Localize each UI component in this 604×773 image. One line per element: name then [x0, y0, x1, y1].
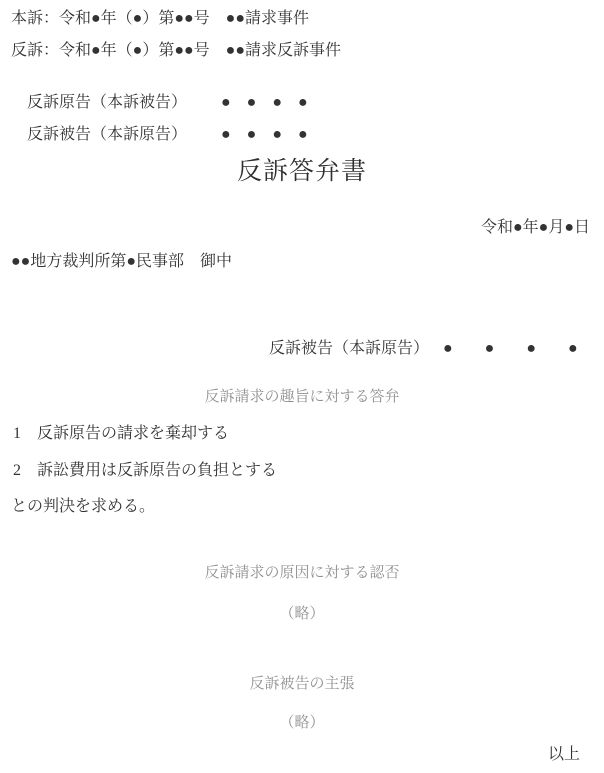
main-case-number-line: 本訴：令和●年（●）第●●号 ●●請求事件	[11, 9, 309, 28]
defendant-assertion-section-heading: 反訴被告の主張	[0, 675, 604, 693]
counterclaim-defendant-label: 反訴被告（本訴原告）	[27, 126, 187, 143]
end-mark: 以上	[548, 745, 580, 764]
counterclaim-defendant-line: 反訴被告（本訴原告）● ● ● ●	[11, 106, 308, 164]
counterclaim-case-number-line: 反訴：令和●年（●）第●●号 ●●請求反訴事件	[11, 41, 341, 60]
defendant-assertion-omitted-body: （略）	[0, 714, 604, 732]
legal-document-page: 本訴：令和●年（●）第●●号 ●●請求事件 反訴：令和●年（●）第●●号 ●●請…	[0, 0, 604, 773]
answer-item-2: 2 訴訟費用は反訴原告の負担とする	[13, 461, 277, 480]
answer-item-1: 1 反訴原告の請求を棄却する	[13, 424, 229, 443]
signature-label: 反訴被告（本訴原告）	[269, 340, 429, 357]
document-title: 反訴答弁書	[0, 157, 604, 187]
signature-line: 反訴被告（本訴原告）● ● ● ●	[253, 320, 578, 378]
counterclaim-defendant-name-placeholder: ● ● ● ●	[221, 125, 308, 144]
answer-section-heading: 反訴請求の趣旨に対する答弁	[0, 388, 604, 406]
court-address-line: ●●地方裁判所第●民事部 御中	[11, 252, 232, 271]
date-line: 令和●年●月●日	[481, 218, 590, 237]
cause-admission-section-heading: 反訴請求の原因に対する認否	[0, 564, 604, 582]
answer-closing-line: との判決を求める。	[11, 497, 155, 516]
cause-admission-omitted-body: （略）	[0, 605, 604, 623]
signature-name-placeholder: ● ● ● ●	[443, 339, 578, 358]
